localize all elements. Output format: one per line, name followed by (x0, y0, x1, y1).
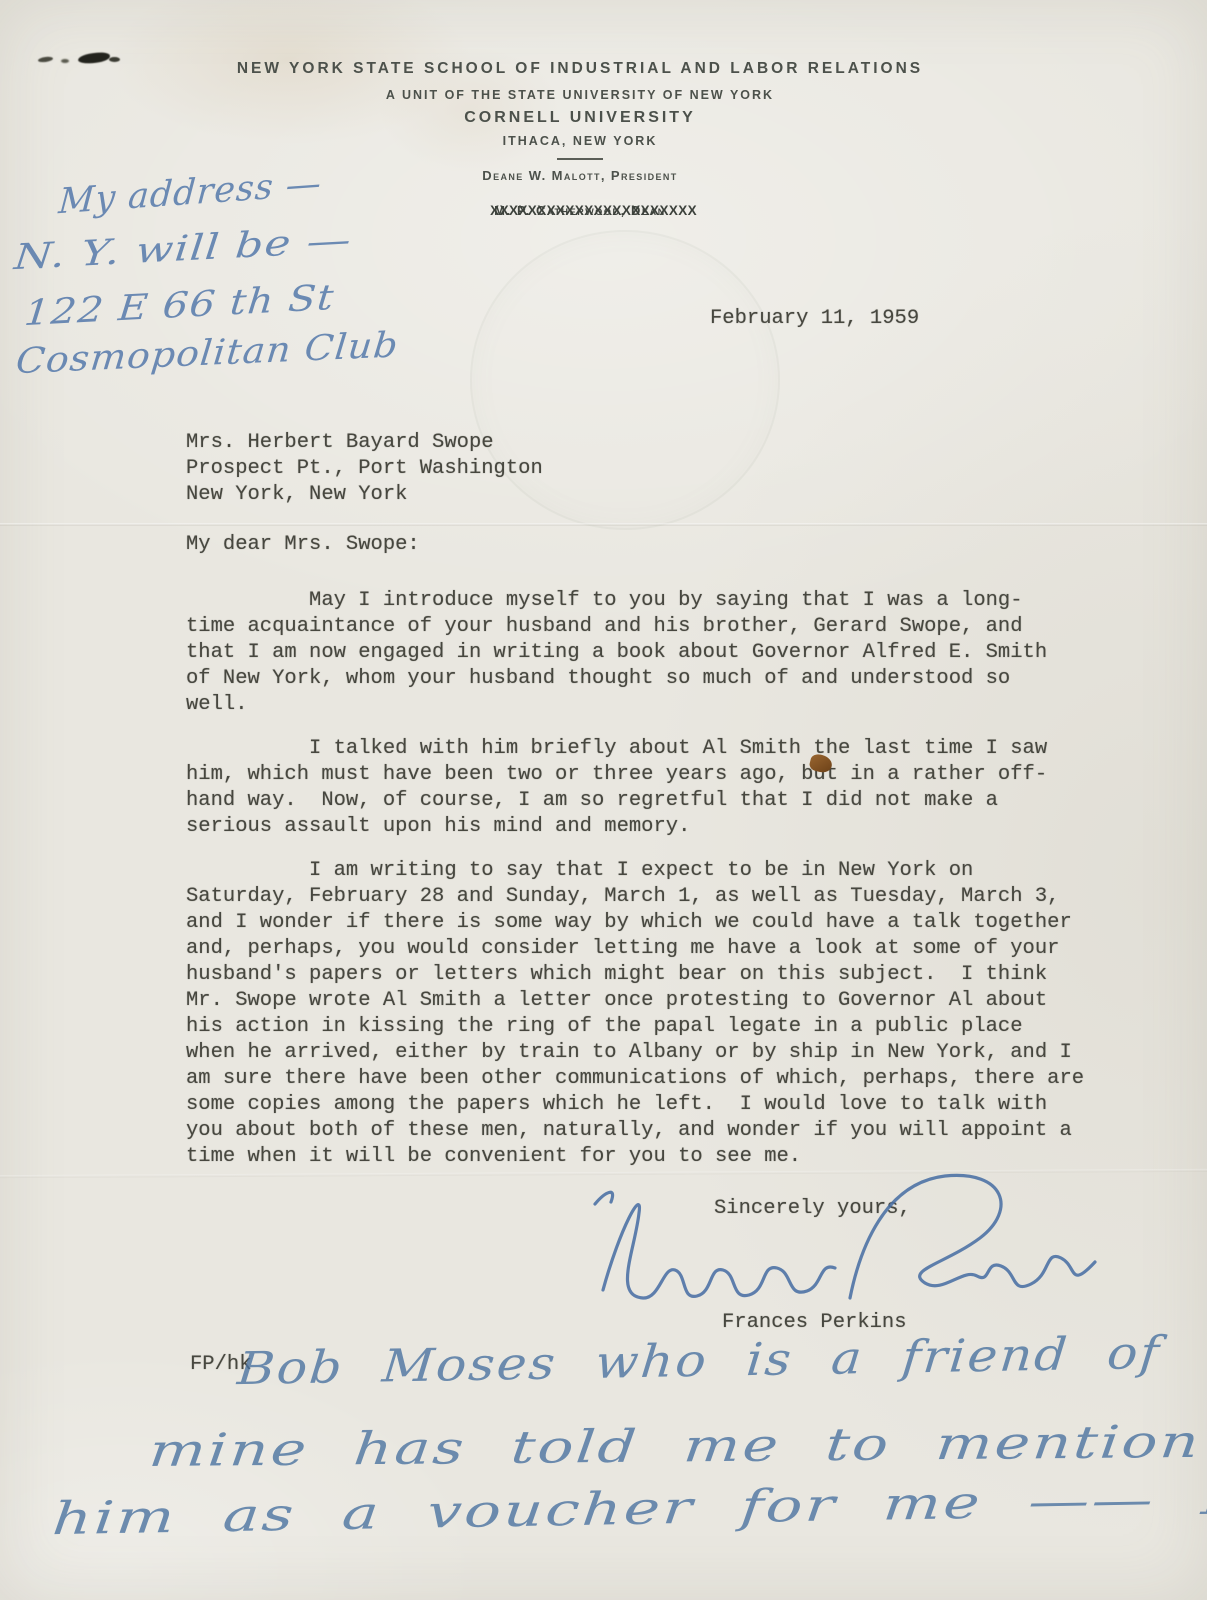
body-paragraph-1: May I introduce myself to you by saying … (186, 588, 1047, 718)
letterhead-unit-line: A UNIT OF THE STATE UNIVERSITY OF NEW YO… (0, 88, 1160, 102)
handwritten-address-line-3: 122 E 66 th St (22, 278, 336, 334)
handwritten-address-line-4: Cosmopolitan Club (14, 325, 400, 382)
salutation: My dear Mrs. Swope: (186, 532, 420, 558)
handwritten-postscript-line-3: him as a voucher for me —— FP (50, 1470, 1207, 1545)
handwritten-address-line-2: N. Y. will be — (12, 220, 353, 278)
letterhead-dean-line-struck: M. P. Catherwood, Dean XXXXXXXXXXXXXXXXX… (494, 203, 666, 218)
letterhead-school-line: NEW YORK STATE SCHOOL OF INDUSTRIAL AND … (0, 60, 1160, 78)
letterhead-divider (557, 158, 603, 160)
letterhead-university-line: CORNELL UNIVERSITY (0, 109, 1160, 127)
date-line: February 11, 1959 (710, 306, 919, 332)
letterhead-location-line: ITHACA, NEW YORK (0, 134, 1160, 148)
body-paragraph-2: I talked with him briefly about Al Smith… (186, 736, 1047, 840)
letter-page: NEW YORK STATE SCHOOL OF INDUSTRIAL AND … (0, 0, 1207, 1600)
body-paragraph-3: I am writing to say that I expect to be … (186, 858, 1084, 1170)
fold-crease (0, 523, 1207, 526)
recipient-address: Mrs. Herbert Bayard Swope Prospect Pt., … (186, 430, 543, 508)
handwritten-signature (565, 1158, 1125, 1323)
handwritten-postscript-line-2: mine has told me to mention (147, 1415, 1204, 1477)
strikeout-x-overlay: XXXXXXXXXXXXXXXXXXXXXX (490, 203, 670, 218)
handwritten-postscript-line-1: Bob Moses who is a friend of (235, 1326, 1163, 1395)
